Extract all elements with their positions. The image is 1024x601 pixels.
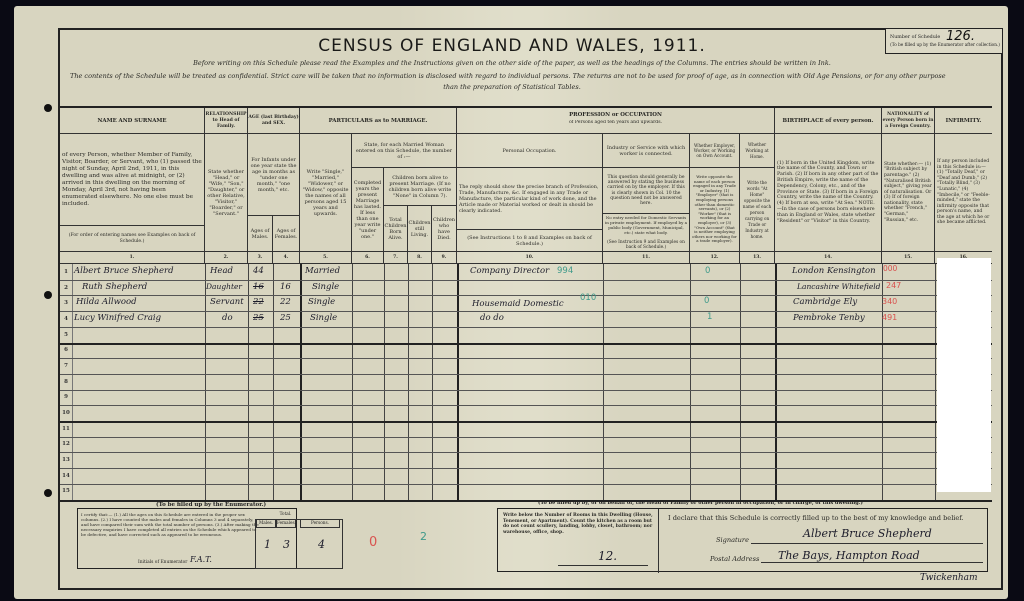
entry-birthplace: Cambridge Ely: [793, 297, 857, 307]
col-divider: [457, 264, 459, 500]
entry-name: Albert Bruce Shepherd: [74, 266, 174, 276]
signature-value: Albert Bruce Shepherd: [803, 527, 932, 540]
entry-occupation-code: 994: [557, 266, 573, 276]
header-relationship: RELATIONSHIP to Head of Family.: [205, 108, 248, 134]
desc-industry-2: No entry needed for Domestic Servants in…: [603, 214, 690, 238]
desc-birthplace: (1) If born in the United Kingdom, write…: [775, 134, 882, 252]
col-divider: [273, 264, 274, 500]
row-divider: [60, 390, 992, 391]
col-divider: [603, 264, 604, 500]
col-num-12: 12.: [690, 252, 740, 264]
entry-birthplace: Pembroke Tenby: [793, 313, 865, 323]
head-declaration-box: Write below the Number of Rooms in this …: [497, 508, 988, 572]
desc-age-males: Ages of Males.: [248, 216, 273, 252]
entry-name: Hilda Allwood: [76, 297, 137, 307]
schedule-number-box: Number of Schedule 126. (To be filled up…: [885, 28, 1003, 54]
row-divider: [60, 484, 992, 485]
red-check-mark: 0: [369, 535, 377, 550]
entry-age-male: 44: [253, 266, 264, 276]
desc-age-females: Ages of Females.: [273, 216, 300, 252]
schedule-number-label: Number of Schedule: [890, 35, 940, 40]
totals-box: [255, 519, 343, 569]
entry-birthplace: Lancashire Whitefield: [797, 282, 880, 291]
entry-age-female: 25: [280, 313, 291, 323]
col-num-6: 6.: [352, 252, 384, 264]
punch-hole-icon: [44, 104, 52, 112]
entry-age-female: 16: [280, 282, 291, 292]
header-name: NAME AND SURNAME: [60, 108, 205, 134]
col-divider: [740, 264, 741, 500]
rooms-count: 12.: [598, 549, 617, 563]
row-divider: [60, 343, 992, 345]
entry-relationship: Daughter: [206, 282, 242, 291]
entry-relationship: Head: [210, 266, 233, 276]
punch-hole-icon: [44, 489, 52, 497]
confidential-line: The contents of the Schedule will be tre…: [70, 72, 946, 80]
entry-birth-code: 247: [886, 281, 901, 290]
postal-address-value: The Bays, Hampton Road: [778, 549, 920, 562]
col-divider: [775, 264, 777, 500]
header-birthplace: BIRTHPLACE of every person.: [775, 108, 882, 134]
signature-label: Signature: [716, 536, 749, 544]
row-number: 5: [61, 332, 71, 338]
entry-occupation-code: 010: [580, 293, 596, 303]
postal-address-line2: Twickenham: [920, 573, 978, 583]
row-divider: [60, 405, 992, 406]
header-age: AGE (last Birthday) and SEX.: [248, 108, 300, 134]
address-line: [761, 562, 983, 563]
col-num-3: 3.: [248, 252, 273, 264]
desc-relationship: State whether "Head," or "Wife," "Son," …: [205, 134, 248, 252]
col-num-13: 13.: [740, 252, 775, 264]
row-number: 1: [61, 269, 71, 275]
row-number: 8: [61, 379, 71, 385]
col-divider: [690, 264, 691, 500]
row-number: 2: [61, 285, 71, 291]
col-num-8: 8.: [408, 252, 432, 264]
row-divider: [60, 468, 992, 469]
desc-personal-occupation-head: Personal Occupation.: [457, 134, 603, 168]
entry-marriage: Single: [312, 282, 339, 292]
confidential-line-2: than the preparation of Statistical Tabl…: [0, 83, 1024, 91]
instruction-line: Before writing on this Schedule please r…: [0, 59, 1024, 67]
col-divider: [432, 264, 433, 500]
row-number: 12: [61, 441, 71, 447]
row-divider: [60, 437, 992, 438]
entry-age-male-struck: 16: [253, 282, 264, 292]
col-divider: [248, 264, 249, 500]
entry-birth-code: 000: [883, 264, 897, 273]
enumerator-certify-text: I certify that:— (1.) All the ages on th…: [81, 512, 259, 537]
col-divider: [300, 264, 302, 500]
entry-age-male-struck: 25: [253, 313, 264, 323]
desc-children-living: Children still Living.: [408, 206, 432, 252]
form-title: CENSUS OF ENGLAND AND WALES, 1911.: [0, 36, 1024, 56]
row-number: 7: [61, 363, 71, 369]
col-divider: [935, 264, 936, 500]
col-num-9: 9.: [432, 252, 457, 264]
desc-industry-head: Industry or Service with which worker is…: [603, 134, 690, 168]
col-num-1: 1.: [60, 252, 205, 264]
desc-industry: This question should generally be answer…: [603, 168, 690, 214]
entry-relationship: do: [222, 313, 233, 323]
entry-employer-mark: 0: [704, 296, 709, 306]
row-number: 15: [61, 488, 71, 494]
punch-hole-icon: [44, 291, 52, 299]
row-divider: [60, 327, 992, 328]
entry-birth-code: 491: [882, 313, 897, 322]
desc-years-married: Completed years the present Marriage has…: [352, 168, 384, 252]
entry-occupation: do do: [480, 313, 504, 323]
entry-birth-code: 340: [882, 297, 897, 306]
col-num-2: 2.: [205, 252, 248, 264]
desc-employer: Write opposite the name of each person e…: [690, 168, 740, 252]
desc-age: For Infants under one year state the age…: [248, 134, 300, 216]
desc-children-died: Children who have Died.: [432, 206, 457, 252]
initials-value: F.A.T.: [190, 555, 212, 564]
desc-children-header: Children born alive to present Marriage.…: [384, 168, 457, 206]
desc-children-born: Total Children Born Alive.: [384, 206, 408, 252]
entry-name: Lucy Winifred Craig: [74, 313, 161, 323]
row-divider: [60, 358, 992, 359]
header-nationality: NATIONALITY of every Person born in a Fo…: [882, 108, 935, 134]
entry-occupation: Company Director: [470, 266, 549, 276]
entry-occupation: Housemaid Domestic: [472, 299, 564, 309]
signature-line: [751, 543, 983, 544]
desc-industry-note: (See Instruction 9 and Examples on back …: [603, 238, 690, 252]
col-num-4: 4.: [273, 252, 300, 264]
entry-birthplace: London Kensington: [792, 266, 876, 276]
divider: [658, 509, 659, 573]
row-divider: [60, 280, 992, 281]
schedule-number-note: (To be filled up by the Enumerator after…: [890, 42, 1000, 47]
desc-personal-occupation-note: (See Instructions 1 to 8 and Examples on…: [457, 230, 603, 252]
desc-nationality: State whether:— (1) "British subject by …: [882, 134, 935, 252]
header-infirmity: INFIRMITY.: [935, 108, 992, 134]
row-number-divider: [72, 264, 73, 500]
desc-married-woman: State, for each Married Woman entered on…: [352, 134, 457, 168]
row-number: 9: [61, 394, 71, 400]
desc-home: Write the words "At Home" opposite the n…: [740, 168, 775, 252]
col-num-11: 11.: [603, 252, 690, 264]
initials-label: Initials of Enumerator: [138, 560, 187, 565]
row-number: 6: [61, 347, 71, 353]
entry-age-male-struck: 22: [253, 297, 264, 307]
row-number: 13: [61, 457, 71, 463]
head-section-title: (To be filled up by, or on behalf of, th…: [538, 500, 863, 506]
col-num-7: 7.: [384, 252, 408, 264]
col-num-10: 10.: [457, 252, 603, 264]
row-divider: [60, 421, 992, 423]
row-divider: [60, 374, 992, 375]
green-check-mark: 2: [420, 530, 427, 543]
entry-employer-mark: 0: [705, 266, 710, 276]
desc-personal-occupation: The reply should show the precise branch…: [457, 168, 603, 230]
entry-name: Ruth Shepherd: [82, 282, 147, 292]
entry-marriage: Single: [310, 313, 337, 323]
entry-marriage: Married: [305, 266, 340, 276]
desc-employer-head: Whether Employer, Worker, or Working on …: [690, 134, 740, 168]
col-num-14: 14.: [775, 252, 882, 264]
header-marriage: PARTICULARS as to MARRIAGE.: [300, 108, 457, 134]
row-number: 11: [61, 426, 71, 432]
row-number: 10: [61, 410, 71, 416]
entry-age-female: 22: [280, 297, 291, 307]
entry-marriage: Single: [308, 297, 335, 307]
desc-name-note: (For order of entering names see Example…: [60, 226, 205, 252]
desc-name: of every Person, whether Member of Famil…: [60, 134, 205, 226]
header-occupation-sub: of Persons aged ten years and upwards.: [457, 120, 775, 134]
postal-address-label: Postal Address: [710, 555, 759, 563]
row-number: 3: [61, 300, 71, 306]
rooms-instructions: Write below the Number of Rooms in this …: [503, 513, 653, 535]
col-num-15: 15.: [882, 252, 935, 264]
col-divider: [205, 264, 206, 500]
declaration-text: I declare that this Schedule is correctl…: [668, 514, 964, 522]
col-divider: [352, 264, 353, 500]
desc-infirmity: If any person included in this Schedule …: [935, 134, 992, 252]
census-table: NAME AND SURNAME RELATIONSHIP to Head of…: [60, 106, 992, 502]
row-number: 4: [61, 316, 71, 322]
desc-home-head: Whether Working at Home.: [740, 134, 775, 168]
entry-employer-mark: 1: [707, 312, 712, 322]
row-divider: [60, 311, 992, 312]
redacted-infirmity-area: [937, 258, 991, 492]
entry-relationship: Servant: [210, 297, 244, 307]
row-number: 14: [61, 473, 71, 479]
col-num-5: 5.: [300, 252, 352, 264]
col-divider: [408, 264, 409, 500]
row-divider: [60, 452, 992, 453]
desc-marriage-status: Write "Single," "Married," "Widower," or…: [300, 134, 352, 252]
rooms-line: [558, 565, 648, 566]
col-divider: [384, 264, 385, 500]
